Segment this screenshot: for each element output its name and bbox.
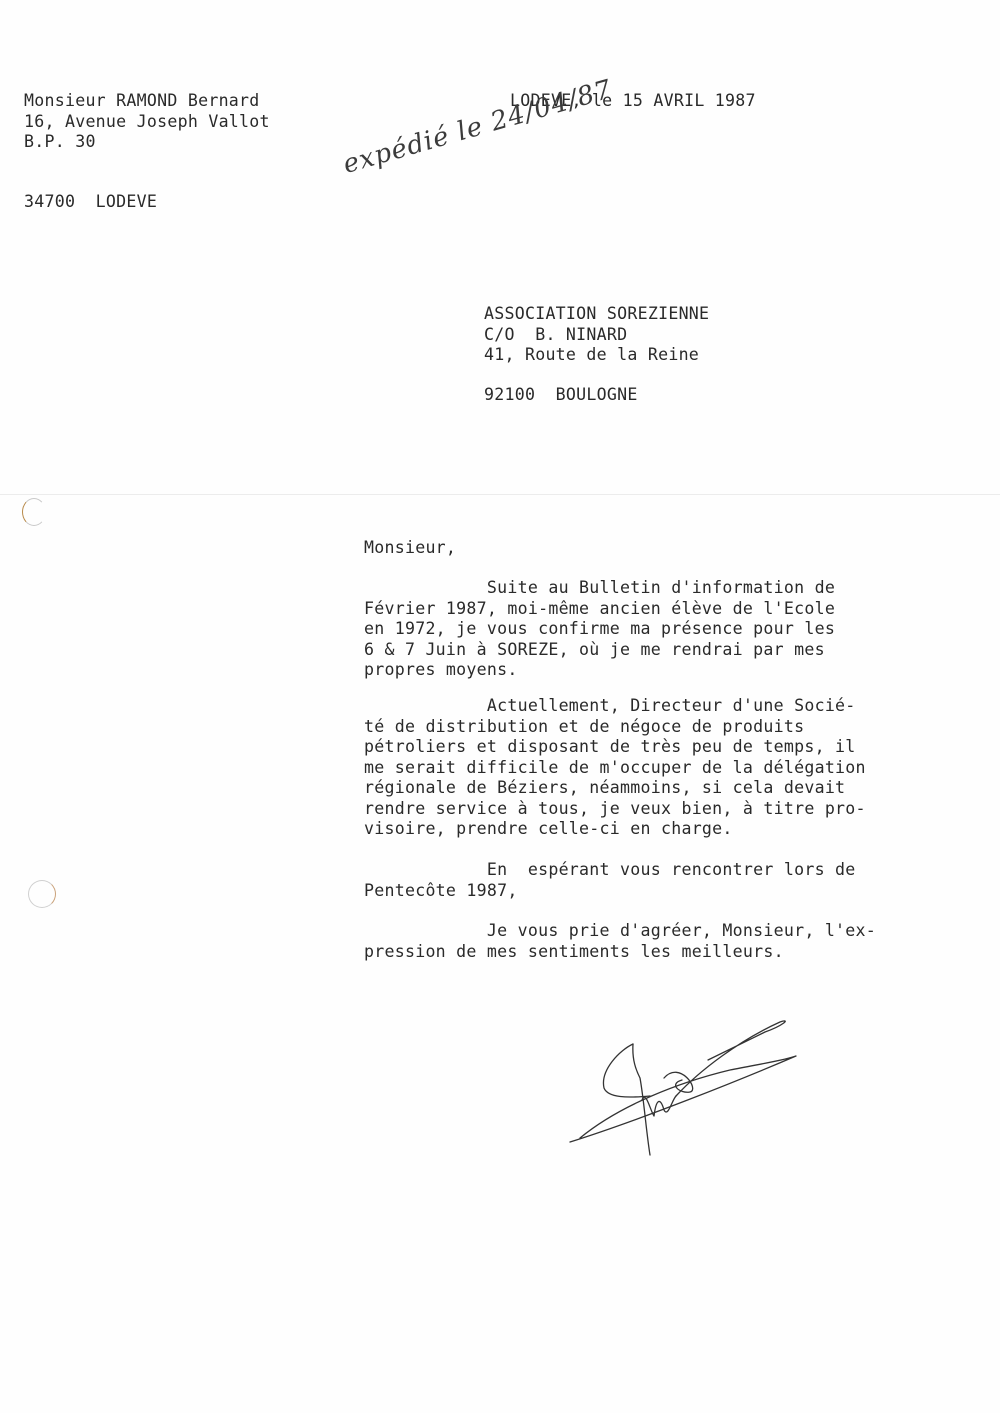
sender-address: Monsieur RAMOND Bernard 16, Avenue Josep… bbox=[24, 91, 270, 153]
body-line: Pentecôte 1987, bbox=[364, 881, 856, 902]
recipient-address: ASSOCIATION SOREZIENNE C/O B. NINARD 41,… bbox=[484, 304, 709, 366]
body-line: 6 & 7 Juin à SOREZE, où je me rendrai pa… bbox=[364, 640, 835, 661]
body-line: Février 1987, moi-même ancien élève de l… bbox=[364, 599, 835, 620]
body-line: En espérant vous rencontrer lors de bbox=[364, 860, 856, 881]
body-line: Suite au Bulletin d'information de bbox=[364, 578, 835, 599]
body-line: té de distribution et de négoce de produ… bbox=[364, 717, 866, 738]
body-line: propres moyens. bbox=[364, 660, 835, 681]
recipient-line: ASSOCIATION SOREZIENNE bbox=[484, 304, 709, 325]
body-line: me serait difficile de m'occuper de la d… bbox=[364, 758, 866, 779]
sender-line: Monsieur RAMOND Bernard bbox=[24, 91, 270, 112]
body-line: rendre service à tous, je veux bien, à t… bbox=[364, 799, 866, 820]
sender-line: 16, Avenue Joseph Vallot bbox=[24, 112, 270, 133]
paragraph-2: Actuellement, Directeur d'une Socié- té … bbox=[364, 696, 866, 840]
body-line: Actuellement, Directeur d'une Socié- bbox=[364, 696, 866, 717]
recipient-line: C/O B. NINARD bbox=[484, 325, 709, 346]
body-line: visoire, prendre celle-ci en charge. bbox=[364, 819, 866, 840]
paragraph-4: Je vous prie d'agréer, Monsieur, l'ex- p… bbox=[364, 921, 876, 962]
punch-hole-mark bbox=[28, 880, 56, 908]
paragraph-3: En espérant vous rencontrer lors de Pent… bbox=[364, 860, 856, 901]
punch-hole-mark bbox=[22, 498, 46, 526]
paper-fold-line bbox=[0, 494, 1000, 495]
recipient-line: 41, Route de la Reine bbox=[484, 345, 709, 366]
body-line: Je vous prie d'agréer, Monsieur, l'ex- bbox=[364, 921, 876, 942]
paragraph-1: Suite au Bulletin d'information de Févri… bbox=[364, 578, 835, 681]
sender-postal: 34700 LODEVE bbox=[24, 192, 157, 212]
signature-icon bbox=[560, 1000, 820, 1170]
sender-line: B.P. 30 bbox=[24, 132, 270, 153]
body-line: pression de mes sentiments les meilleurs… bbox=[364, 942, 876, 963]
body-line: pétroliers et disposant de très peu de t… bbox=[364, 737, 866, 758]
salutation: Monsieur, bbox=[364, 538, 456, 558]
body-line: en 1972, je vous confirme ma présence po… bbox=[364, 619, 835, 640]
handwritten-note: expédié le 24/04/87 bbox=[340, 74, 616, 180]
letter-page: Monsieur RAMOND Bernard 16, Avenue Josep… bbox=[0, 0, 1000, 1413]
body-line: régionale de Béziers, néammoins, si cela… bbox=[364, 778, 866, 799]
recipient-postal: 92100 BOULOGNE bbox=[484, 385, 638, 405]
